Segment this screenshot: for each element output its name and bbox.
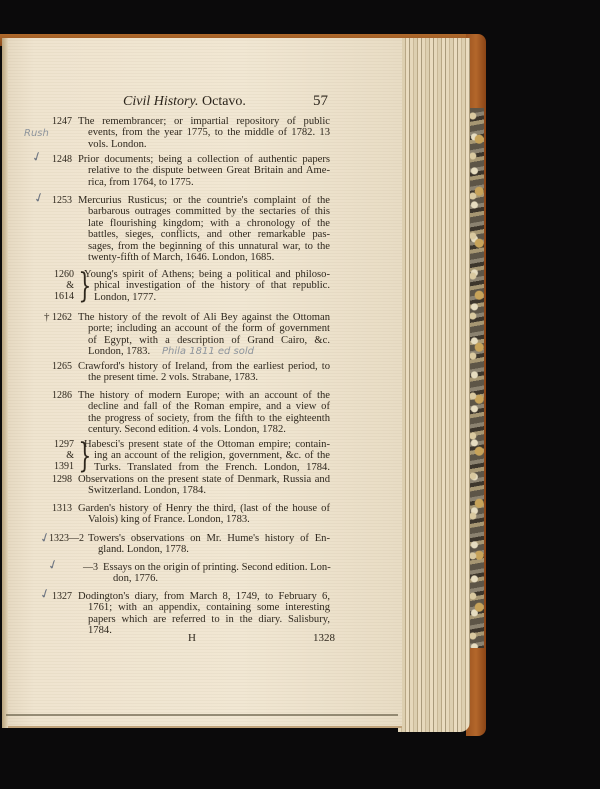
entry-line: battles, sieges, conflicts, and other re… (78, 229, 330, 240)
catchword: 1328 (313, 632, 335, 644)
entry-line: rica, from 1764, to 1775. (78, 177, 330, 188)
entry-line: Dodington's diary, from March 8, 1749, t… (78, 591, 330, 602)
entry-line: The history of modern Europe; with an ac… (78, 390, 330, 401)
entry-text: Observations on the present state of Den… (78, 474, 330, 497)
signature-mark: H (188, 632, 196, 644)
pencil-annotation: Rush (24, 128, 49, 139)
entry-text: Dodington's diary, from March 8, 1749, t… (78, 591, 330, 637)
entry-line: papers which are referred to in the diar… (78, 614, 330, 625)
page-gutter (2, 38, 8, 728)
entry-number: 1298 (2, 474, 72, 485)
entry-line: gland. London, 1778. (88, 544, 330, 555)
page-header: Civil History. Octavo. 57 (2, 94, 402, 112)
entry-number: 1286 (2, 390, 72, 401)
entry-line: barbarous outrages committed by the sect… (78, 206, 330, 217)
entry-text: Mercurius Rusticus; or the countrie's co… (78, 195, 330, 263)
format-label: Octavo. (202, 94, 246, 110)
entry-line: twenty-fifth of March, 1646. London, 168… (78, 252, 330, 263)
entry-line: Young's spirit of Athens; being a politi… (84, 269, 330, 280)
entry-number: 1614 (48, 291, 74, 302)
entry-line: Habesci's present state of the Ottoman e… (84, 439, 330, 450)
entry-number-joiner: & (48, 280, 74, 291)
entry-number: 1253 (2, 195, 72, 206)
entry-number: 1323—2 (14, 533, 84, 544)
entry-text: Prior documents; being a collection of a… (78, 154, 330, 188)
marbled-board (468, 108, 484, 648)
entry-line: 1761; with an appendix, containing some … (78, 602, 330, 613)
page-number: 57 (313, 93, 328, 110)
entry-line: decline and fall of the Roman empire, an… (78, 401, 330, 412)
entry-text: Essays on the origin of printing. Second… (103, 562, 330, 585)
entry-number: 1262 (2, 312, 72, 323)
entry-line: Turks. Translated from the French. Londo… (84, 462, 330, 473)
entry-line: of Egypt, with a description of Grand Ca… (78, 335, 330, 346)
book-page: Civil History. Octavo. 57 1247 The remem… (2, 38, 402, 728)
entry-line: century. Second edition. 4 vols. London,… (78, 424, 330, 435)
running-title: Civil History. (123, 94, 198, 110)
entry-line: Valois) king of France. London, 1783. (78, 514, 330, 525)
entry-line: The remembrancer; or impartial repositor… (78, 116, 330, 127)
entry-line: porte; including an account of the form … (78, 323, 330, 334)
entry-number-joiner: & (48, 450, 74, 461)
entry-line: London, 1777. (84, 292, 330, 303)
entry-number: —3 (28, 562, 98, 573)
entry-line: Mercurius Rusticus; or the countrie's co… (78, 195, 330, 206)
entry-text: The history of modern Europe; with an ac… (78, 390, 330, 436)
pencil-annotation: Phila 1811 ed sold (162, 346, 254, 357)
entry-line: Essays on the origin of printing. Second… (103, 562, 330, 573)
entry-line: don, 1776. (103, 573, 330, 584)
entry-line: Garden's history of Henry the third, (la… (78, 503, 330, 514)
entry-line: the progress of society, from the fifth … (78, 413, 330, 424)
entry-line: late flourishing kingdom; with a chronol… (78, 218, 330, 229)
entry-text: The remembrancer; or impartial repositor… (78, 116, 330, 150)
entry-text: Habesci's present state of the Ottoman e… (84, 439, 330, 473)
entry-line: phical investigation of the history of t… (84, 280, 330, 291)
entry-line: Switzerland. London, 1784. (78, 485, 330, 496)
entry-number: 1260 (48, 269, 74, 280)
entry-line: 1784. (78, 625, 330, 636)
page-deckle-edge (6, 714, 398, 716)
entry-line: ing an account of the religion, governme… (84, 450, 330, 461)
entry-line: Crawford's history of Ireland, from the … (78, 361, 330, 372)
entry-number: 1248 (2, 154, 72, 165)
book-scan: Civil History. Octavo. 57 1247 The remem… (0, 0, 600, 789)
entry-line: Towers's observations on Mr. Hume's hist… (88, 533, 330, 544)
entry-text: Young's spirit of Athens; being a politi… (84, 269, 330, 303)
entry-text: Crawford's history of Ireland, from the … (78, 361, 330, 384)
entry-number: 1247 (2, 116, 72, 127)
entry-line: vols. London. (78, 139, 330, 150)
entry-text: Towers's observations on Mr. Hume's hist… (88, 533, 330, 556)
entry-text: Garden's history of Henry the third, (la… (78, 503, 330, 526)
entry-number: 1265 (2, 361, 72, 372)
entry-line: relative to the dispute between Great Br… (78, 165, 330, 176)
entry-line: the present time. 2 vols. Strabane, 1783… (78, 372, 330, 383)
entry-line: sages, from the beginning of this unnatu… (78, 241, 330, 252)
entry-line: Prior documents; being a collection of a… (78, 154, 330, 165)
entry-line: The history of the revolt of Ali Bey aga… (78, 312, 330, 323)
entry-number: 1327 (2, 591, 72, 602)
entry-line: Observations on the present state of Den… (78, 474, 330, 485)
entry-number: 1313 (2, 503, 72, 514)
entry-number: 1391 (48, 461, 74, 472)
entry-line: events, from the year 1775, to the middl… (78, 127, 330, 138)
page-fore-edge (398, 38, 470, 732)
entry-number: 1297 (48, 439, 74, 450)
